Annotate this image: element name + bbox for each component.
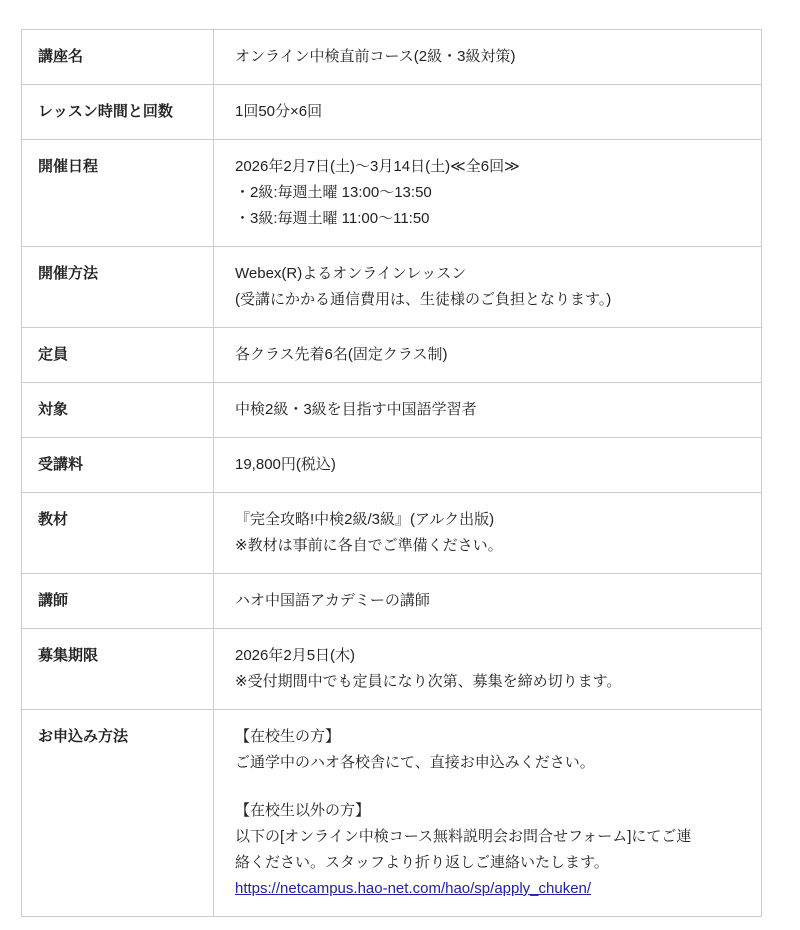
row-label: 講座名 bbox=[22, 30, 214, 84]
table-row: お申込み方法【在校生の方】ご通学中のハオ各校舎にて、直接お申込みください。【在校… bbox=[22, 710, 761, 917]
row-value: 1回50分×6回 bbox=[214, 85, 761, 139]
cell-text-line: ・2級:毎週土曜 13:00〜13:50 bbox=[235, 180, 743, 206]
cell-text-line: ※教材は事前に各自でご準備ください。 bbox=[235, 533, 743, 559]
table-row: 受講料19,800円(税込) bbox=[22, 438, 761, 493]
cell-text-line: 以下の[オンライン中検コース無料説明会お問合せフォーム]にてご連 bbox=[235, 824, 743, 850]
row-label: 定員 bbox=[22, 328, 214, 382]
cell-text-line: ※受付期間中でも定員になり次第、募集を締め切ります。 bbox=[235, 669, 743, 695]
cell-text-line: 中検2級・3級を目指す中国語学習者 bbox=[235, 397, 743, 423]
table-row: 講師ハオ中国語アカデミーの講師 bbox=[22, 574, 761, 629]
course-info-table: 講座名オンライン中検直前コース(2級・3級対策)レッスン時間と回数1回50分×6… bbox=[21, 29, 762, 917]
row-label: 教材 bbox=[22, 493, 214, 573]
row-value: 中検2級・3級を目指す中国語学習者 bbox=[214, 383, 761, 437]
cell-text-line: 【在校生以外の方】 bbox=[235, 798, 743, 824]
cell-text-line: 『完全攻略!中検2級/3級』(アルク出版) bbox=[235, 507, 743, 533]
row-label: 開催方法 bbox=[22, 247, 214, 327]
table-row: 講座名オンライン中検直前コース(2級・3級対策) bbox=[22, 30, 761, 85]
table-row: 開催日程2026年2月7日(土)〜3月14日(土)≪全6回≫・2級:毎週土曜 1… bbox=[22, 140, 761, 247]
cell-text-line: オンライン中検直前コース(2級・3級対策) bbox=[235, 44, 743, 70]
row-label: 受講料 bbox=[22, 438, 214, 492]
row-value: 各クラス先着6名(固定クラス制) bbox=[214, 328, 761, 382]
row-label: 講師 bbox=[22, 574, 214, 628]
row-value: オンライン中検直前コース(2級・3級対策) bbox=[214, 30, 761, 84]
table-row: 教材『完全攻略!中検2級/3級』(アルク出版)※教材は事前に各自でご準備ください… bbox=[22, 493, 761, 574]
row-label: 開催日程 bbox=[22, 140, 214, 246]
cell-text-line: 19,800円(税込) bbox=[235, 452, 743, 478]
row-label: お申込み方法 bbox=[22, 710, 214, 916]
cell-text-line: Webex(R)よるオンラインレッスン bbox=[235, 261, 743, 287]
cell-text-line: ご通学中のハオ各校舎にて、直接お申込みください。 bbox=[235, 750, 743, 776]
cell-text-line: 1回50分×6回 bbox=[235, 99, 743, 125]
table-row: 募集期限2026年2月5日(木)※受付期間中でも定員になり次第、募集を締め切りま… bbox=[22, 629, 761, 710]
cell-text-line: ・3級:毎週土曜 11:00〜11:50 bbox=[235, 206, 743, 232]
apply-form-link[interactable]: https://netcampus.hao-net.com/hao/sp/app… bbox=[235, 876, 591, 902]
table-row: レッスン時間と回数1回50分×6回 bbox=[22, 85, 761, 140]
cell-text-line: ハオ中国語アカデミーの講師 bbox=[235, 588, 743, 614]
row-label: 募集期限 bbox=[22, 629, 214, 709]
table-row: 対象中検2級・3級を目指す中国語学習者 bbox=[22, 383, 761, 438]
table-row: 定員各クラス先着6名(固定クラス制) bbox=[22, 328, 761, 383]
cell-text-line: 【在校生の方】 bbox=[235, 724, 743, 750]
row-value: 19,800円(税込) bbox=[214, 438, 761, 492]
cell-text-line: 2026年2月7日(土)〜3月14日(土)≪全6回≫ bbox=[235, 154, 743, 180]
row-value: 2026年2月5日(木)※受付期間中でも定員になり次第、募集を締め切ります。 bbox=[214, 629, 761, 709]
page: 講座名オンライン中検直前コース(2級・3級対策)レッスン時間と回数1回50分×6… bbox=[0, 0, 800, 930]
table-row: 開催方法Webex(R)よるオンラインレッスン(受講にかかる通信費用は、生徒様の… bbox=[22, 247, 761, 328]
row-label: レッスン時間と回数 bbox=[22, 85, 214, 139]
row-value: 2026年2月7日(土)〜3月14日(土)≪全6回≫・2級:毎週土曜 13:00… bbox=[214, 140, 761, 246]
cell-link-line: https://netcampus.hao-net.com/hao/sp/app… bbox=[235, 876, 743, 902]
row-value: 【在校生の方】ご通学中のハオ各校舎にて、直接お申込みください。【在校生以外の方】… bbox=[214, 710, 761, 916]
row-value: Webex(R)よるオンラインレッスン(受講にかかる通信費用は、生徒様のご負担と… bbox=[214, 247, 761, 327]
cell-text-line: (受講にかかる通信費用は、生徒様のご負担となります。) bbox=[235, 287, 743, 313]
cell-text-line: 2026年2月5日(木) bbox=[235, 643, 743, 669]
row-value: 『完全攻略!中検2級/3級』(アルク出版)※教材は事前に各自でご準備ください。 bbox=[214, 493, 761, 573]
row-label: 対象 bbox=[22, 383, 214, 437]
row-value: ハオ中国語アカデミーの講師 bbox=[214, 574, 761, 628]
cell-text-line: 絡ください。スタッフより折り返しご連絡いたします。 bbox=[235, 850, 743, 876]
cell-text-line bbox=[235, 776, 743, 798]
cell-text-line: 各クラス先着6名(固定クラス制) bbox=[235, 342, 743, 368]
